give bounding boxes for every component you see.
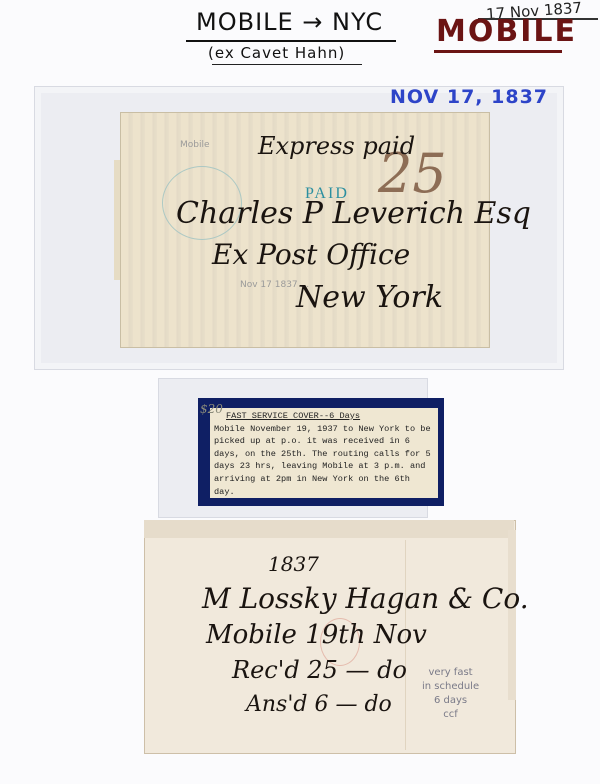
address-line: Express paid: [258, 132, 415, 160]
address-line: Charles P Leverich Esq: [176, 196, 531, 231]
pencil-note-top: Mobile: [180, 140, 210, 150]
clipping-price: $20: [200, 402, 223, 416]
address-line: Ex Post Office: [212, 238, 410, 271]
cover-edge: [508, 530, 516, 700]
provenance-underline: [212, 64, 362, 65]
docket-line: Rec'd 25 — do: [232, 656, 407, 684]
route-title: MOBILE → NYC: [196, 8, 383, 36]
sleeve-date-label: NOV 17, 1837: [390, 86, 548, 108]
docket-line: 1837: [268, 552, 319, 576]
title-underline: [186, 40, 396, 42]
provenance-note: (ex Cavet Hahn): [208, 44, 345, 62]
clipping-heading: FAST SERVICE COVER--6 Days: [214, 410, 434, 423]
origin-underline: [434, 50, 562, 53]
cover-top-fold: [144, 520, 514, 538]
origin-label: MOBILE: [436, 14, 577, 49]
docket-line: M Lossky Hagan & Co.: [202, 582, 529, 615]
newspaper-clipping: FAST SERVICE COVER--6 Days Mobile Novemb…: [210, 408, 438, 498]
docket-line: Ans'd 6 — do: [246, 692, 392, 717]
docket-line: Mobile 19th Nov: [206, 620, 427, 650]
clipping-body: Mobile November 19, 1937 to New York to …: [214, 423, 434, 498]
pencil-annotation: very fast in schedule 6 days ccf: [422, 666, 479, 722]
address-line: New York: [296, 280, 443, 315]
